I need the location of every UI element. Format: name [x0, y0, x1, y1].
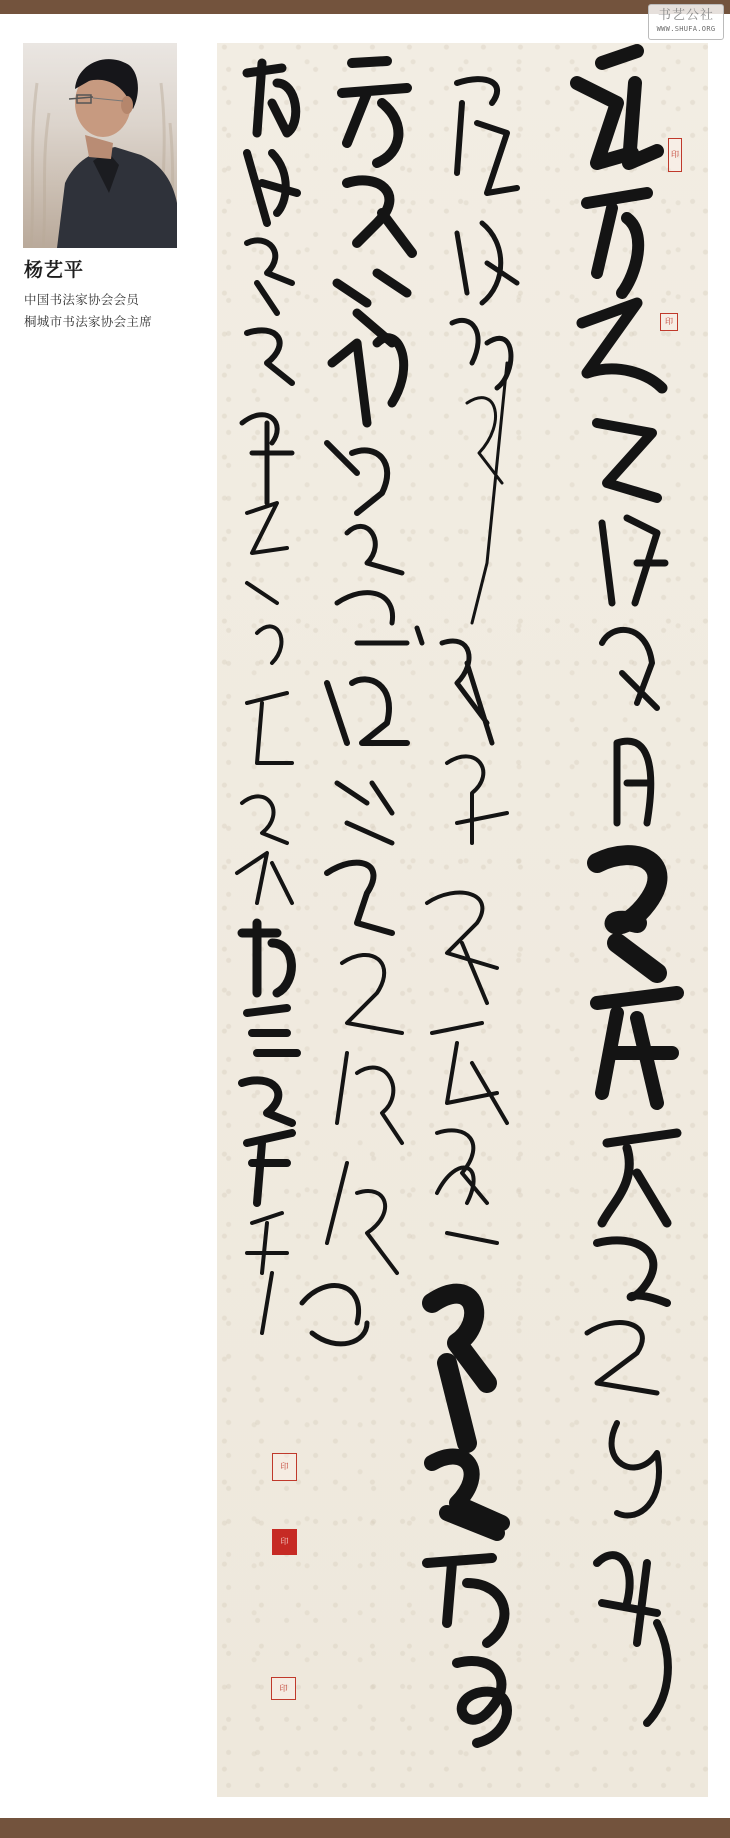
seal-top-1: 印 [668, 138, 682, 172]
bottom-bar [0, 1818, 730, 1838]
site-watermark: 书艺公社 WWW.SHUFA.ORG [648, 4, 724, 40]
column-3 [302, 61, 412, 1344]
artist-portrait [23, 43, 177, 248]
calligraphy-scroll: 印 印 印 印 印 [217, 43, 708, 1797]
portrait-photo-icon [23, 43, 177, 248]
column-4 [237, 63, 297, 1333]
top-bar [0, 0, 730, 14]
artist-title-membership: 中国书法家协会会员 [24, 290, 139, 308]
artist-name: 杨艺平 [24, 255, 84, 282]
column-1 [577, 51, 677, 1723]
seal-bottom-3: 印 [271, 1677, 296, 1700]
watermark-url: WWW.SHUFA.ORG [649, 24, 723, 34]
seal-bottom-1: 印 [272, 1453, 297, 1481]
artist-title-chairman: 桐城市书法家协会主席 [24, 312, 152, 330]
seal-bottom-2: 印 [272, 1529, 297, 1555]
column-2 [417, 79, 517, 1743]
seal-top-2: 印 [660, 313, 678, 331]
watermark-title: 书艺公社 [649, 7, 723, 24]
